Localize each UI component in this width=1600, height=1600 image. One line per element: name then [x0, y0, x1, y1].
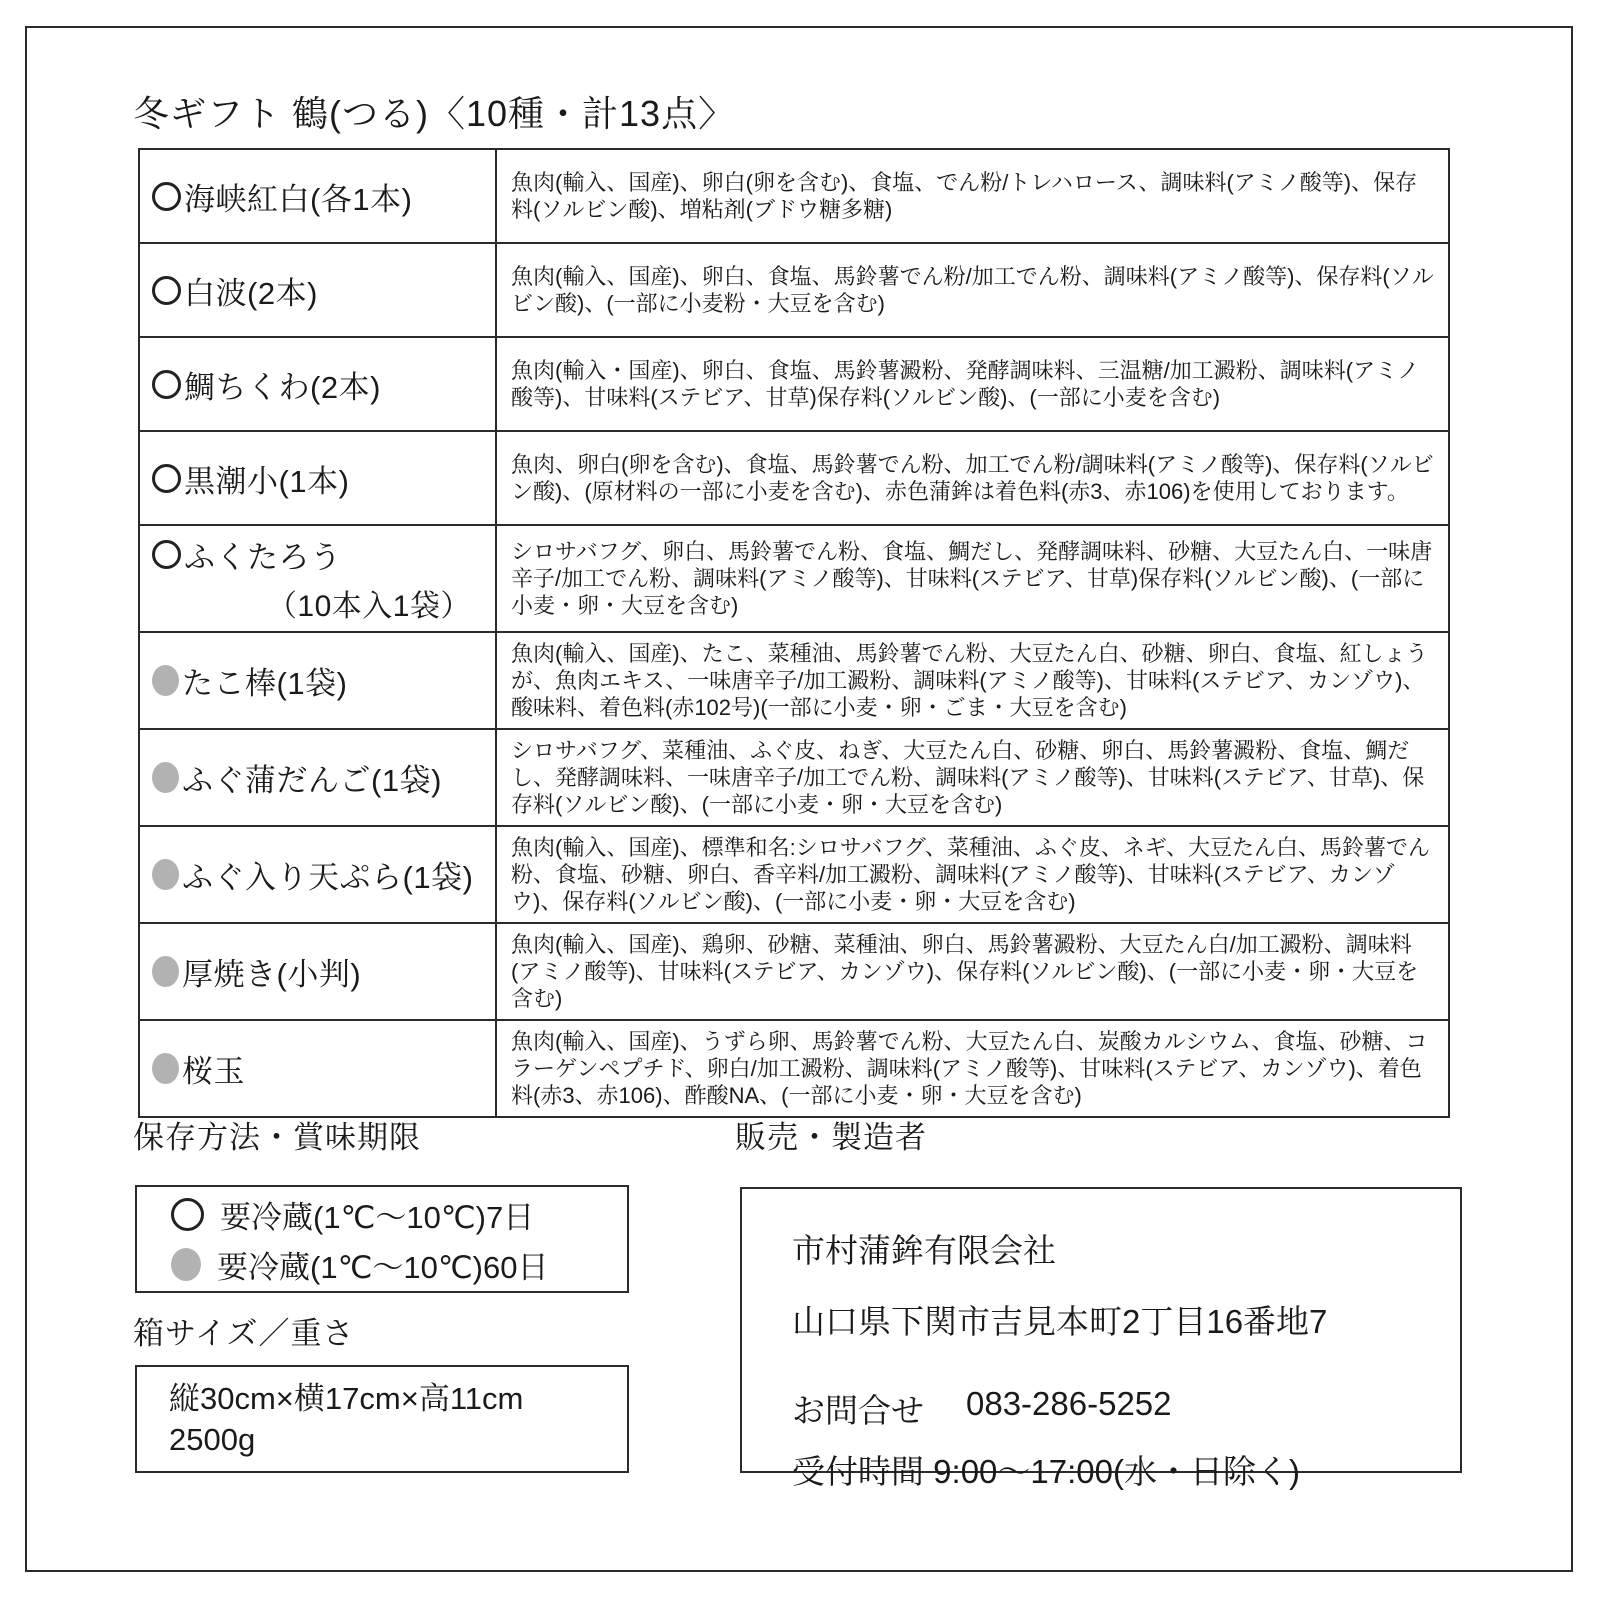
product-name-cell: 鯛ちくわ(2本) [140, 338, 497, 430]
gray-circle-bullet-icon [152, 665, 179, 696]
gray-circle-bullet-icon [171, 1248, 201, 1281]
seller-company: 市村蒲鉾有限会社 [792, 1225, 1460, 1272]
table-row: たこ棒(1袋) 魚肉(輸入、国産)、たこ、菜種油、馬鈴薯でん粉、大豆たん白、砂糖… [140, 631, 1448, 728]
gray-circle-bullet-icon [152, 762, 179, 793]
product-ingredients: 魚肉、卵白(卵を含む)、食塩、馬鈴薯でん粉、加工でん粉/調味料(アミノ酸等)、保… [497, 432, 1448, 524]
product-name: ふぐ入り天ぷら(1袋) [182, 852, 473, 897]
product-name: 黒潮小(1本) [184, 456, 349, 501]
gray-circle-bullet-icon [152, 956, 179, 987]
seller-hours: 受付時間 9:00〜17:00(水・日除く) [792, 1446, 1460, 1493]
product-name-subtext: （10本入1袋） [152, 581, 487, 625]
storage-method-heading: 保存方法・賞味期限 [133, 1112, 421, 1157]
product-name: 厚焼き(小判) [182, 949, 361, 994]
gray-circle-bullet-icon [152, 1053, 179, 1084]
open-circle-bullet-icon [152, 370, 181, 399]
product-name: 白波(2本) [184, 268, 318, 313]
box-size-box: 縦30cm×横17cm×高11cm 2500g [135, 1365, 629, 1473]
product-name: 海峡紅白(各1本) [184, 174, 412, 219]
box-weight: 2500g [169, 1419, 627, 1460]
storage-item-refrigerate-60days: 要冷蔵(1℃〜10℃)60日 [171, 1242, 627, 1287]
seller-heading: 販売・製造者 [735, 1112, 927, 1157]
product-name-cell: ふぐ蒲だんご(1袋) [140, 730, 497, 825]
product-name-cell: ふくたろう （10本入1袋） [140, 526, 497, 631]
gray-circle-bullet-icon [152, 859, 179, 890]
table-row: 桜玉 魚肉(輸入、国産)、うずら卵、馬鈴薯でん粉、大豆たん白、炭酸カルシウム、食… [140, 1019, 1448, 1116]
contact-label: お問合せ [792, 1385, 924, 1432]
product-name-cell: 白波(2本) [140, 244, 497, 336]
product-ingredients: 魚肉(輸入、国産)、卵白、食塩、馬鈴薯でん粉/加工でん粉、調味料(アミノ酸等)、… [497, 244, 1448, 336]
table-row: 白波(2本) 魚肉(輸入、国産)、卵白、食塩、馬鈴薯でん粉/加工でん粉、調味料(… [140, 242, 1448, 336]
open-circle-bullet-icon [152, 182, 181, 211]
table-row: ふぐ蒲だんご(1袋) シロサバフグ、菜種油、ふぐ皮、ねぎ、大豆たん白、砂糖、卵白… [140, 728, 1448, 825]
storage-item-text: 要冷蔵(1℃〜10℃)60日 [217, 1242, 548, 1287]
product-name-cell: 黒潮小(1本) [140, 432, 497, 524]
product-name: 桜玉 [182, 1046, 245, 1091]
open-circle-bullet-icon [152, 276, 181, 305]
product-ingredients: 魚肉(輸入・国産)、卵白、食塩、馬鈴薯澱粉、発酵調味料、三温糖/加工澱粉、調味料… [497, 338, 1448, 430]
product-name: ふくたろう [184, 532, 342, 577]
storage-item-refrigerate-7days: 要冷蔵(1℃〜10℃)7日 [171, 1192, 627, 1237]
product-ingredients: 魚肉(輸入、国産)、鶏卵、砂糖、菜種油、卵白、馬鈴薯澱粉、大豆たん白/加工澱粉、… [497, 924, 1448, 1019]
product-name: ふぐ蒲だんご(1袋) [182, 755, 442, 800]
seller-contact-line: お問合せ 083-286-5252 [792, 1385, 1460, 1432]
open-circle-bullet-icon [152, 540, 181, 569]
product-name-cell: 桜玉 [140, 1021, 497, 1116]
product-ingredients: シロサバフグ、菜種油、ふぐ皮、ねぎ、大豆たん白、砂糖、卵白、馬鈴薯澱粉、食塩、鯛… [497, 730, 1448, 825]
table-row: ふくたろう （10本入1袋） シロサバフグ、卵白、馬鈴薯でん粉、食塩、鯛だし、発… [140, 524, 1448, 631]
seller-address: 山口県下関市吉見本町2丁目16番地7 [792, 1296, 1460, 1343]
product-name: たこ棒(1袋) [182, 658, 347, 703]
open-circle-bullet-icon [171, 1198, 204, 1231]
open-circle-bullet-icon [152, 464, 181, 493]
table-row: 厚焼き(小判) 魚肉(輸入、国産)、鶏卵、砂糖、菜種油、卵白、馬鈴薯澱粉、大豆た… [140, 922, 1448, 1019]
product-name: 鯛ちくわ(2本) [184, 362, 381, 407]
product-ingredient-table: 海峡紅白(各1本) 魚肉(輸入、国産)、卵白(卵を含む)、食塩、でん粉/トレハロ… [138, 148, 1450, 1118]
product-name-cell: ふぐ入り天ぷら(1袋) [140, 827, 497, 922]
product-ingredients: 魚肉(輸入、国産)、うずら卵、馬鈴薯でん粉、大豆たん白、炭酸カルシウム、食塩、砂… [497, 1021, 1448, 1116]
product-ingredients: シロサバフグ、卵白、馬鈴薯でん粉、食塩、鯛だし、発酵調味料、砂糖、大豆たん白、一… [497, 526, 1448, 631]
product-name-cell: 厚焼き(小判) [140, 924, 497, 1019]
box-size-heading: 箱サイズ／重さ [133, 1308, 355, 1353]
contact-phone: 083-286-5252 [966, 1385, 1172, 1432]
product-name-cell: たこ棒(1袋) [140, 633, 497, 728]
product-ingredients: 魚肉(輸入、国産)、卵白(卵を含む)、食塩、でん粉/トレハロース、調味料(アミノ… [497, 150, 1448, 242]
seller-info-box: 市村蒲鉾有限会社 山口県下関市吉見本町2丁目16番地7 お問合せ 083-286… [740, 1187, 1462, 1473]
storage-item-text: 要冷蔵(1℃〜10℃)7日 [220, 1192, 534, 1237]
product-ingredients: 魚肉(輸入、国産)、標準和名:シロサバフグ、菜種油、ふぐ皮、ネギ、大豆たん白、馬… [497, 827, 1448, 922]
table-row: 黒潮小(1本) 魚肉、卵白(卵を含む)、食塩、馬鈴薯でん粉、加工でん粉/調味料(… [140, 430, 1448, 524]
table-row: 海峡紅白(各1本) 魚肉(輸入、国産)、卵白(卵を含む)、食塩、でん粉/トレハロ… [140, 150, 1448, 242]
box-dimensions: 縦30cm×横17cm×高11cm [169, 1378, 627, 1419]
product-ingredients: 魚肉(輸入、国産)、たこ、菜種油、馬鈴薯でん粉、大豆たん白、砂糖、卵白、食塩、紅… [497, 633, 1448, 728]
table-row: 鯛ちくわ(2本) 魚肉(輸入・国産)、卵白、食塩、馬鈴薯澱粉、発酵調味料、三温糖… [140, 336, 1448, 430]
page-title: 冬ギフト 鶴(つる)〈10種・計13点〉 [133, 86, 735, 137]
product-name-cell: 海峡紅白(各1本) [140, 150, 497, 242]
storage-method-box: 要冷蔵(1℃〜10℃)7日 要冷蔵(1℃〜10℃)60日 [135, 1185, 629, 1293]
table-row: ふぐ入り天ぷら(1袋) 魚肉(輸入、国産)、標準和名:シロサバフグ、菜種油、ふぐ… [140, 825, 1448, 922]
